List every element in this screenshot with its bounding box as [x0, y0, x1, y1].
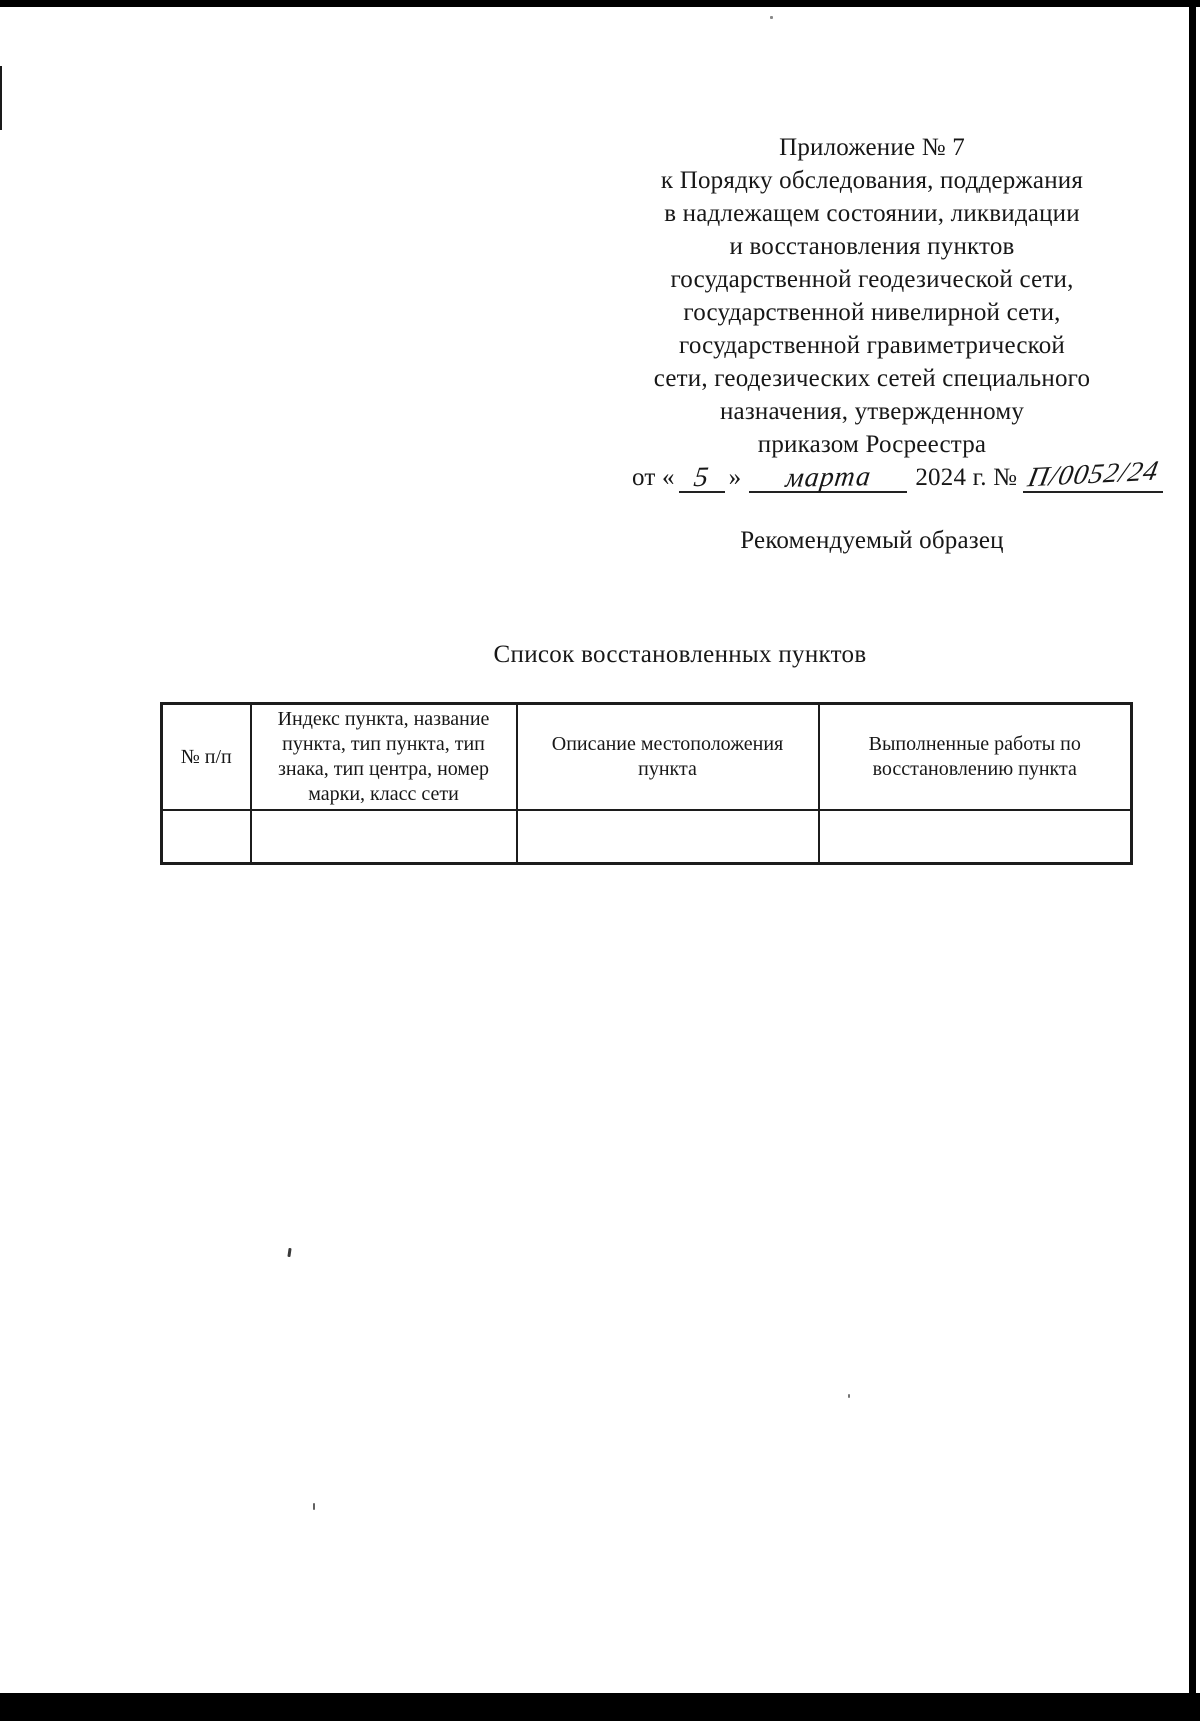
order-number-blank: П/0052/24 — [1023, 464, 1163, 493]
column-header-works: Выполненные работы по восстановлению пун… — [819, 704, 1132, 811]
scan-mark-left — [0, 66, 2, 130]
appendix-line: сети, геодезических сетей специального — [632, 362, 1112, 395]
scan-speck — [848, 1394, 850, 1398]
column-header-point-index: Индекс пункта, название пункта, тип пунк… — [251, 704, 517, 811]
appendix-line: и восстановления пунктов — [632, 230, 1112, 263]
date-day-blank: 5 — [679, 464, 725, 493]
table-cell — [162, 810, 251, 864]
column-header-number: № п/п — [162, 704, 251, 811]
scan-speck — [770, 16, 773, 19]
handwritten-order-number: П/0052/24 — [1026, 459, 1161, 492]
scan-edge-bottom — [0, 1693, 1200, 1721]
date-close-quote: » — [729, 464, 742, 491]
scan-edge-right — [1189, 0, 1196, 1721]
table-header-row: № п/п Индекс пункта, название пункта, ти… — [162, 704, 1132, 811]
table-cell — [819, 810, 1132, 864]
restored-points-table: № п/п Индекс пункта, название пункта, ти… — [160, 702, 1133, 865]
appendix-line: назначения, утвержденному — [632, 395, 1112, 428]
table-title: Список восстановленных пунктов — [196, 641, 1164, 669]
appendix-line: Приложение № 7 — [632, 131, 1112, 164]
date-year-label: 2024 г. № — [915, 464, 1017, 491]
scanned-document-page: Приложение № 7 к Порядку обследования, п… — [0, 0, 1200, 1721]
scan-speck — [287, 1248, 291, 1257]
appendix-line: государственной нивелирной сети, — [632, 296, 1112, 329]
table-cell — [517, 810, 819, 864]
scan-edge-top — [0, 0, 1200, 7]
handwritten-day: 5 — [693, 465, 711, 491]
date-month-blank: марта — [749, 464, 907, 493]
appendix-line: государственной геодезической сети, — [632, 263, 1112, 296]
appendix-line: к Порядку обследования, поддержания — [632, 164, 1112, 197]
recommended-sample-note: Рекомендуемый образец — [632, 524, 1112, 557]
table-row — [162, 810, 1132, 864]
date-prefix: от « — [632, 464, 675, 491]
table-cell — [251, 810, 517, 864]
appendix-line: в надлежащем состоянии, ликвидации — [632, 197, 1112, 230]
appendix-line: государственной гравиметрической — [632, 329, 1112, 362]
order-date-line: от «5»марта2024 г. №П/0052/24 — [632, 461, 1112, 494]
appendix-header: Приложение № 7 к Порядку обследования, п… — [632, 131, 1112, 557]
column-header-location: Описание местоположения пункта — [517, 704, 819, 811]
handwritten-month: марта — [784, 464, 872, 491]
scan-speck — [313, 1503, 315, 1510]
appendix-line: приказом Росреестра — [632, 428, 1112, 461]
